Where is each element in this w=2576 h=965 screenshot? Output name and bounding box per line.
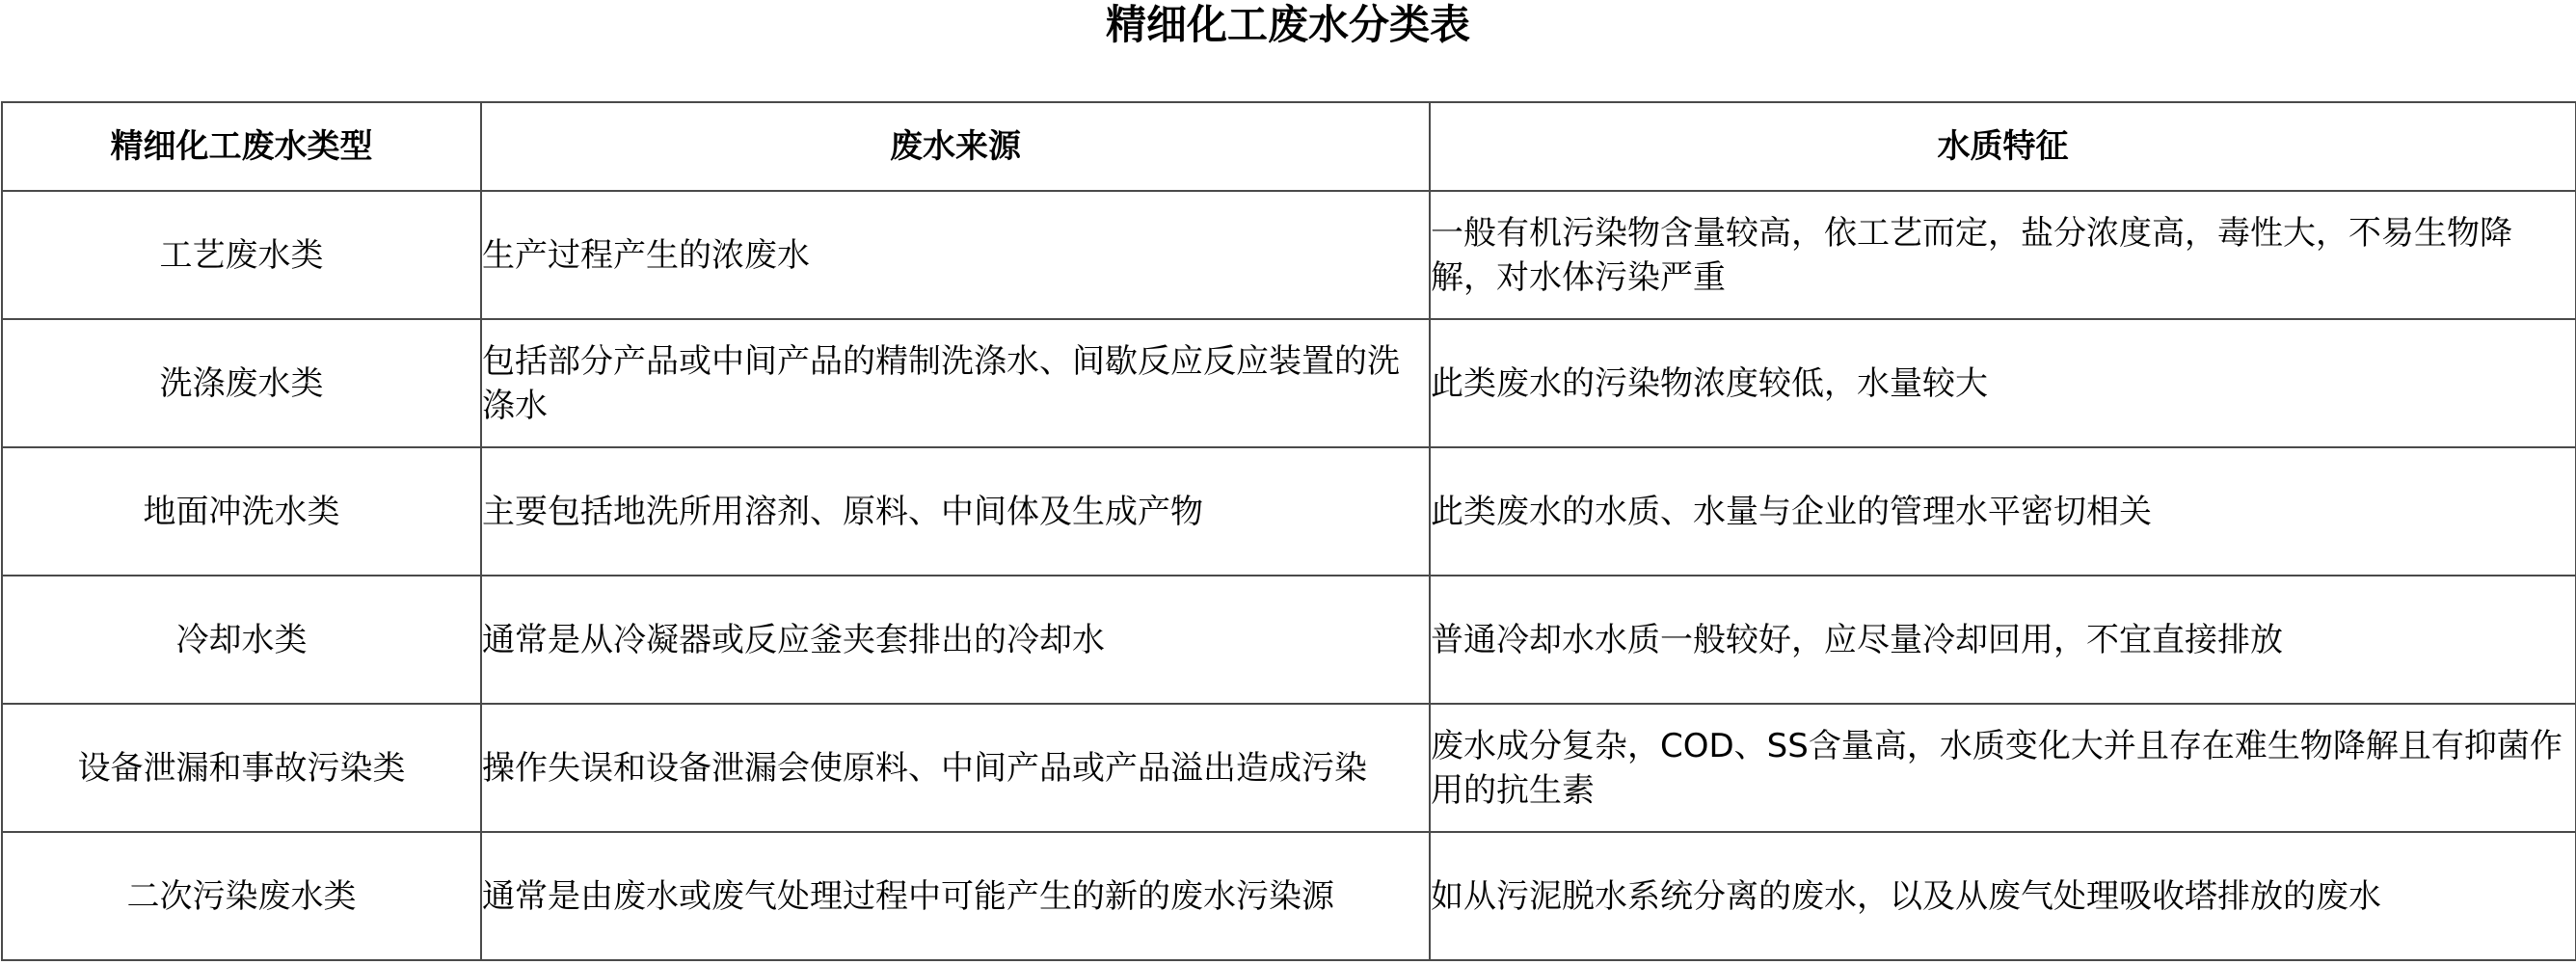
cell-source: 生产过程产生的浓废水 bbox=[481, 191, 1430, 319]
cell-features: 一般有机污染物含量较高，依工艺而定，盐分浓度高，毒性大，不易生物降解，对水体污染… bbox=[1430, 191, 2576, 319]
table-row: 洗涤废水类 包括部分产品或中间产品的精制洗涤水、间歇反应反应装置的洗涤水 此类废… bbox=[2, 319, 2576, 447]
cell-features: 此类废水的水质、水量与企业的管理水平密切相关 bbox=[1430, 447, 2576, 576]
cell-source: 操作失误和设备泄漏会使原料、中间产品或产品溢出造成污染 bbox=[481, 704, 1430, 832]
cell-features: 普通冷却水水质一般较好，应尽量冷却回用，不宜直接排放 bbox=[1430, 576, 2576, 704]
cell-source: 通常是由废水或废气处理过程中可能产生的新的废水污染源 bbox=[481, 832, 1430, 960]
header-source: 废水来源 bbox=[481, 102, 1430, 191]
cell-type: 地面冲洗水类 bbox=[2, 447, 481, 576]
table-row: 二次污染废水类 通常是由废水或废气处理过程中可能产生的新的废水污染源 如从污泥脱… bbox=[2, 832, 2576, 960]
cell-type: 冷却水类 bbox=[2, 576, 481, 704]
cell-features: 如从污泥脱水系统分离的废水，以及从废气处理吸收塔排放的废水 bbox=[1430, 832, 2576, 960]
page-title: 精细化工废水分类表 bbox=[0, 0, 2576, 58]
cell-type: 洗涤废水类 bbox=[2, 319, 481, 447]
cell-source: 通常是从冷凝器或反应釜夹套排出的冷却水 bbox=[481, 576, 1430, 704]
table-row: 工艺废水类 生产过程产生的浓废水 一般有机污染物含量较高，依工艺而定，盐分浓度高… bbox=[2, 191, 2576, 319]
cell-type: 二次污染废水类 bbox=[2, 832, 481, 960]
cell-type: 设备泄漏和事故污染类 bbox=[2, 704, 481, 832]
cell-features: 废水成分复杂，COD、SS含量高，水质变化大并且存在难生物降解且有抑菌作用的抗生… bbox=[1430, 704, 2576, 832]
cell-source: 包括部分产品或中间产品的精制洗涤水、间歇反应反应装置的洗涤水 bbox=[481, 319, 1430, 447]
table-row: 设备泄漏和事故污染类 操作失误和设备泄漏会使原料、中间产品或产品溢出造成污染 废… bbox=[2, 704, 2576, 832]
cell-features: 此类废水的污染物浓度较低，水量较大 bbox=[1430, 319, 2576, 447]
table-header-row: 精细化工废水类型 废水来源 水质特征 bbox=[2, 102, 2576, 191]
cell-source: 主要包括地洗所用溶剂、原料、中间体及生成产物 bbox=[481, 447, 1430, 576]
header-features: 水质特征 bbox=[1430, 102, 2576, 191]
header-type: 精细化工废水类型 bbox=[2, 102, 481, 191]
table-row: 地面冲洗水类 主要包括地洗所用溶剂、原料、中间体及生成产物 此类废水的水质、水量… bbox=[2, 447, 2576, 576]
table-row: 冷却水类 通常是从冷凝器或反应釜夹套排出的冷却水 普通冷却水水质一般较好，应尽量… bbox=[2, 576, 2576, 704]
wastewater-classification-table: 精细化工废水类型 废水来源 水质特征 工艺废水类 生产过程产生的浓废水 一般有机… bbox=[1, 101, 2576, 961]
cell-type: 工艺废水类 bbox=[2, 191, 481, 319]
